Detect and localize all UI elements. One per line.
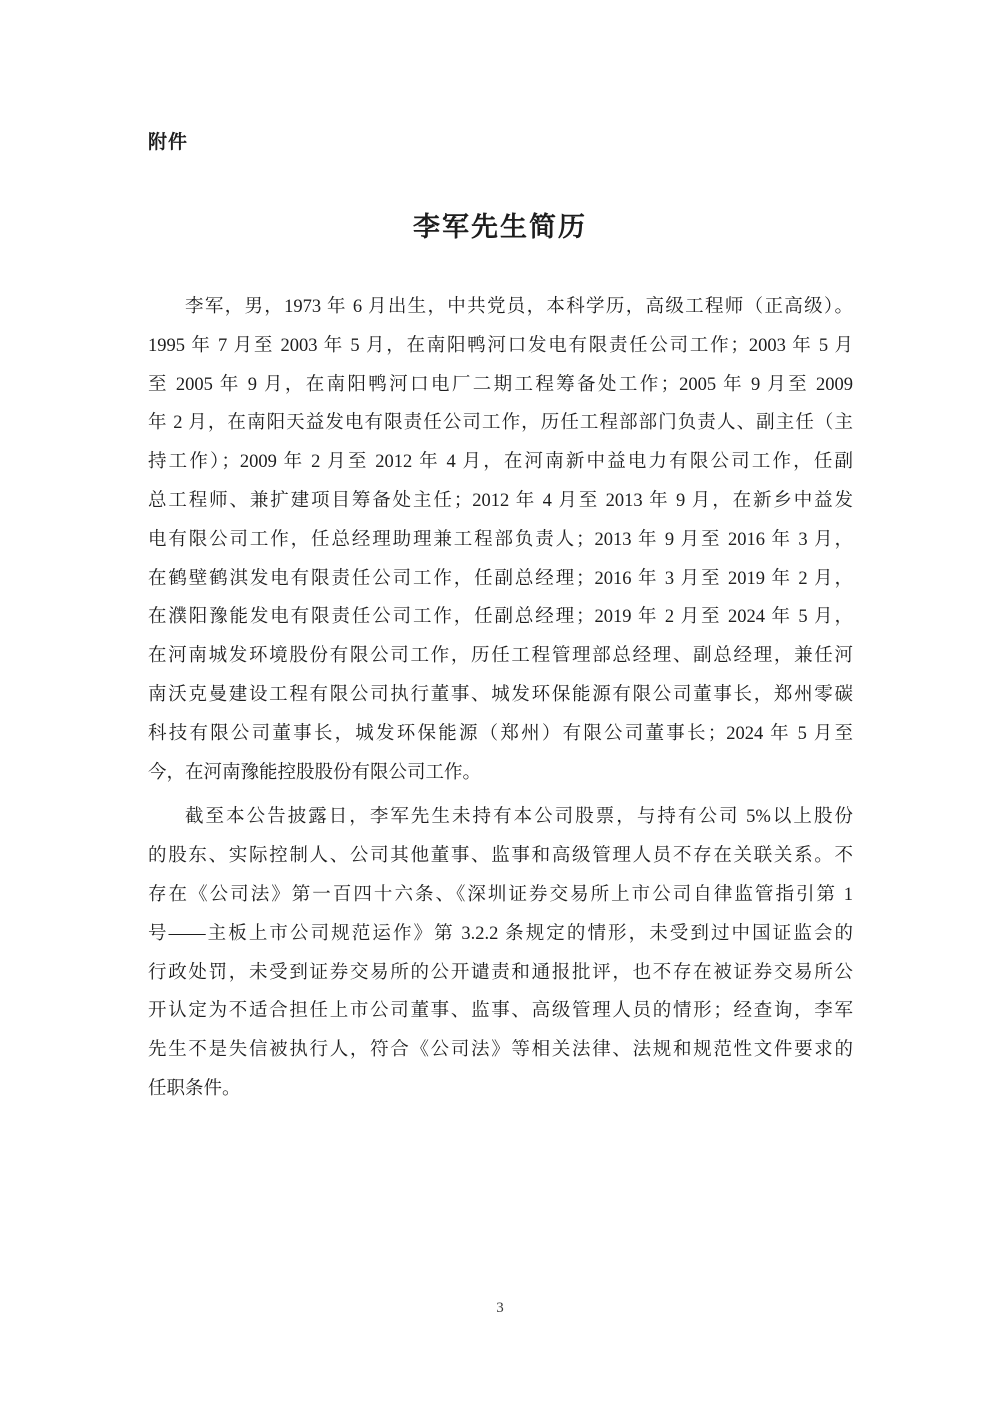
body-line: 行政处罚，未受到证券交易所的公开谴责和通报批评，也不存在被证券交易所公	[148, 954, 853, 993]
page-title: 李军先生简历	[0, 205, 1000, 244]
paragraph-compliance: 截至本公告披露日，李军先生未持有本公司股票，与持有公司 5%以上股份 的股东、实…	[148, 798, 853, 1108]
body-line: 的股东、实际控制人、公司其他董事、监事和高级管理人员不存在关联关系。不	[148, 837, 853, 876]
body-line: 号——主板上市公司规范运作》第 3.2.2 条规定的情形，未受到过中国证监会的	[148, 915, 853, 954]
body-line: 南沃克曼建设工程有限公司执行董事、城发环保能源有限公司董事长，郑州零碳	[148, 676, 853, 715]
body-line: 存在《公司法》第一百四十六条、《深圳证券交易所上市公司自律监管指引第 1	[148, 876, 853, 915]
body-line: 科技有限公司董事长，城发环保能源（郑州）有限公司董事长；2024 年 5 月至	[148, 715, 853, 754]
body-line: 年 2 月，在南阳天益发电有限责任公司工作，历任工程部部门负责人、副主任（主	[148, 404, 853, 443]
body-line: 截至本公告披露日，李军先生未持有本公司股票，与持有公司 5%以上股份	[148, 798, 853, 837]
page-number: 3	[0, 1300, 1000, 1317]
attachment-label: 附件	[148, 127, 188, 154]
body-line: 持工作）；2009 年 2 月至 2012 年 4 月，在河南新中益电力有限公司…	[148, 443, 853, 482]
body-line: 在濮阳豫能发电有限责任公司工作，任副总经理；2019 年 2 月至 2024 年…	[148, 598, 853, 637]
body-line: 电有限公司工作，任总经理助理兼工程部负责人；2013 年 9 月至 2016 年…	[148, 521, 853, 560]
paragraph-career: 李军，男，1973 年 6 月出生，中共党员，本科学历，高级工程师（正高级）。 …	[148, 288, 853, 792]
body-line: 先生不是失信被执行人，符合《公司法》等相关法律、法规和规范性文件要求的	[148, 1031, 853, 1070]
body-line: 开认定为不适合担任上市公司董事、监事、高级管理人员的情形；经查询，李军	[148, 992, 853, 1031]
body-line: 任职条件。	[148, 1070, 853, 1109]
body-line: 至 2005 年 9 月，在南阳鸭河口电厂二期工程筹备处工作；2005 年 9 …	[148, 366, 853, 405]
body-line: 1995 年 7 月至 2003 年 5 月，在南阳鸭河口发电有限责任公司工作；…	[148, 327, 853, 366]
body-line: 在河南城发环境股份有限公司工作，历任工程管理部总经理、副总经理，兼任河	[148, 637, 853, 676]
body-line: 今，在河南豫能控股股份有限公司工作。	[148, 754, 853, 793]
body-line: 总工程师、兼扩建项目筹备处主任；2012 年 4 月至 2013 年 9 月，在…	[148, 482, 853, 521]
body-line: 李军，男，1973 年 6 月出生，中共党员，本科学历，高级工程师（正高级）。	[148, 288, 853, 327]
document-body: 李军，男，1973 年 6 月出生，中共党员，本科学历，高级工程师（正高级）。 …	[148, 288, 853, 1109]
document-page: 附件 李军先生简历 李军，男，1973 年 6 月出生，中共党员，本科学历，高级…	[0, 0, 1000, 1414]
body-line: 在鹤壁鹤淇发电有限责任公司工作，任副总经理；2016 年 3 月至 2019 年…	[148, 560, 853, 599]
